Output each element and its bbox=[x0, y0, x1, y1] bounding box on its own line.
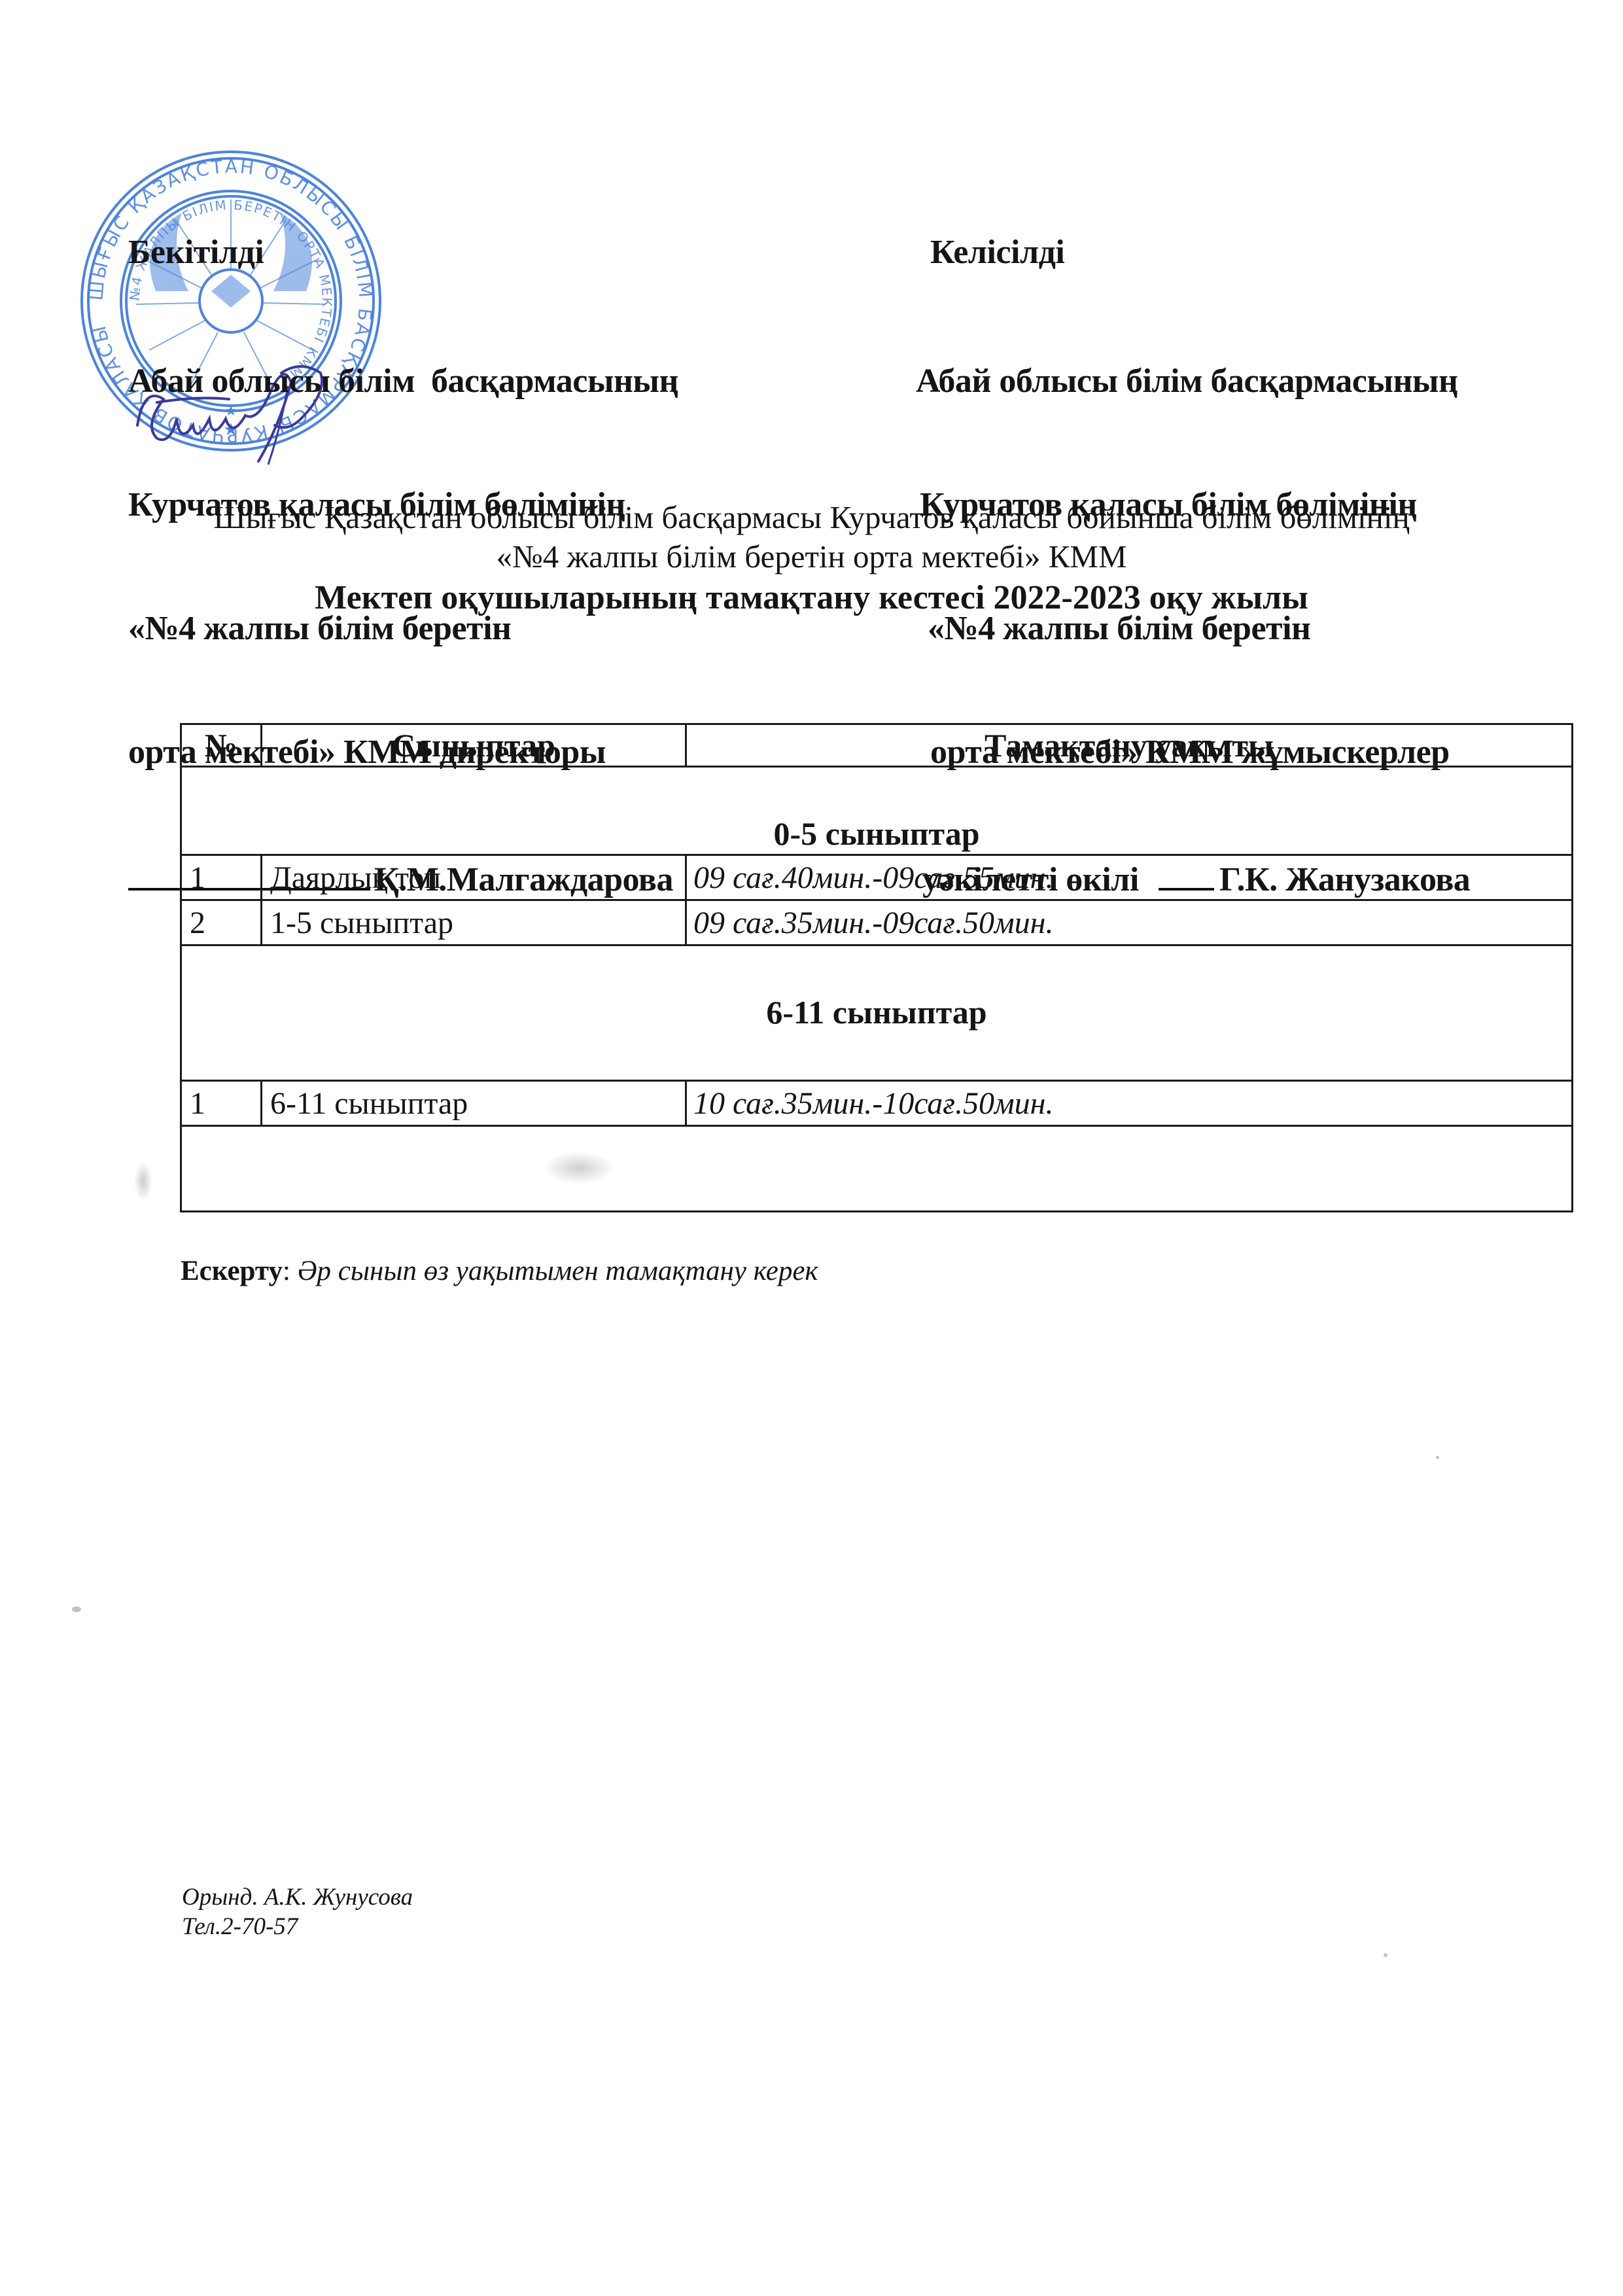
column-header-meal-time: Тамақтану уақыты bbox=[686, 724, 1573, 767]
section-label: 0-5 сыныптар bbox=[181, 767, 1573, 855]
agreed-heading: Келісілді bbox=[916, 232, 1470, 273]
scan-smudge bbox=[134, 1161, 152, 1201]
row-number: 1 bbox=[181, 855, 262, 900]
row-class: 6-11 сыныптар bbox=[262, 1081, 686, 1126]
empty-cell bbox=[181, 1126, 1573, 1212]
empty-row bbox=[181, 1126, 1573, 1212]
scan-speck bbox=[1384, 1953, 1387, 1957]
row-meal-time: 09 сағ.35мин.-09сағ.50мин. bbox=[686, 900, 1573, 945]
table-header-row: № Сыныптар Тамақтану уақыты bbox=[181, 724, 1573, 767]
meal-schedule-table: № Сыныптар Тамақтану уақыты 0-5 сыныптар… bbox=[180, 723, 1573, 1212]
section-row: 0-5 сыныптар bbox=[181, 767, 1573, 855]
row-class: Даярлық топ bbox=[262, 855, 686, 900]
executor-phone: Тел.2-70-57 bbox=[182, 1912, 413, 1941]
note-label: Ескерту bbox=[181, 1256, 283, 1286]
note-text: Әр сынып өз уақытымен тамақтану керек bbox=[298, 1256, 818, 1286]
scan-smudge bbox=[543, 1152, 615, 1184]
row-number: 2 bbox=[181, 900, 262, 945]
column-header-number: № bbox=[181, 724, 262, 767]
scan-speck bbox=[1436, 1456, 1439, 1459]
row-class: 1-5 сыныптар bbox=[262, 900, 686, 945]
document-title-line-1: Шығыс Қазақстан облысы білім басқармасы … bbox=[0, 499, 1623, 537]
approved-heading: Бекітілді bbox=[128, 232, 678, 273]
agreed-line: Абай облысы білім басқармасының bbox=[916, 361, 1470, 402]
table-row: 1 Даярлық топ 09 сағ.40мин.-09сағ.55мин. bbox=[181, 855, 1573, 900]
note: Ескерту: Әр сынып өз уақытымен тамақтану… bbox=[181, 1255, 818, 1287]
row-meal-time: 10 сағ.35мин.-10сағ.50мин. bbox=[686, 1081, 1573, 1126]
section-row: 6-11 сыныптар bbox=[181, 945, 1573, 1081]
table-row: 1 6-11 сыныптар 10 сағ.35мин.-10сағ.50ми… bbox=[181, 1081, 1573, 1126]
executor-name: Орынд. А.К. Жунусова bbox=[182, 1882, 413, 1912]
document-title-main: Мектеп оқушыларының тамақтану кестесі 20… bbox=[0, 578, 1623, 618]
scan-speck bbox=[72, 1606, 81, 1612]
note-separator: : bbox=[283, 1256, 298, 1286]
row-meal-time: 09 сағ.40мин.-09сағ.55мин. bbox=[686, 855, 1573, 900]
approved-line: Абай облысы білім басқармасының bbox=[128, 361, 678, 402]
section-label: 6-11 сыныптар bbox=[181, 945, 1573, 1081]
table-row: 2 1-5 сыныптар 09 сағ.35мин.-09сағ.50мин… bbox=[181, 900, 1573, 945]
column-header-classes: Сыныптар bbox=[262, 724, 686, 767]
document-title-line-2: «№4 жалпы білім беретін орта мектебі» КМ… bbox=[0, 538, 1623, 576]
row-number: 1 bbox=[181, 1081, 262, 1126]
executor-info: Орынд. А.К. Жунусова Тел.2-70-57 bbox=[182, 1882, 413, 1941]
